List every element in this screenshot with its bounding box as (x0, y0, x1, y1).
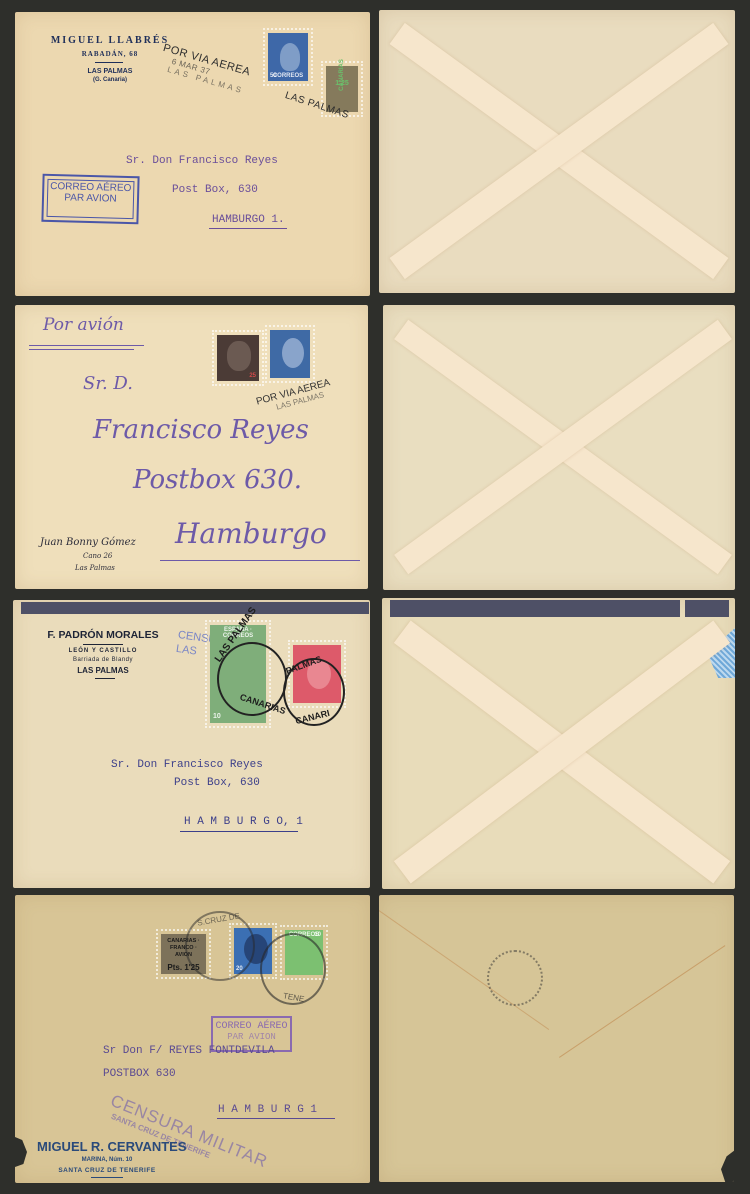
underline (180, 831, 298, 832)
addressee-city: H A M B U R G O, 1 (184, 816, 303, 828)
sender-city: LAS PALMAS (45, 68, 175, 75)
stamp-face: CORREOS 50 (268, 33, 308, 81)
tape-strip (685, 600, 729, 617)
sender-city: LAS PALMAS (33, 666, 173, 675)
addressee-name: Francisco Reyes (93, 415, 309, 445)
torn-edge (721, 1150, 734, 1182)
portrait-icon (227, 341, 251, 371)
sender-region: (G. Canaria) (45, 77, 175, 83)
addressee-city: H A M B U R G 1 (218, 1104, 317, 1116)
stamp-face: 25 (217, 335, 259, 381)
backstamp-postmark (487, 950, 543, 1006)
stamp-value: 1.25 (326, 80, 358, 87)
stamp-value: 50 (270, 73, 277, 79)
cover-4-front[interactable]: CANARIAS · FRANCO · AVION Pts. 1'25 20 C… (15, 895, 370, 1183)
underline (160, 560, 360, 561)
underline (29, 349, 134, 350)
addressee-city: HAMBURGO 1. (212, 214, 285, 226)
addressee-box: POSTBOX 630 (103, 1068, 176, 1080)
addressee-name: Sr. Don Francisco Reyes (126, 155, 278, 167)
airmail-box-stamp: CORREO AÉREO PAR AVION (41, 174, 139, 225)
addressee-city: Hamburgo (175, 517, 327, 550)
sender-street: Cano 26 (83, 552, 112, 560)
sender-street: LEÓN Y CASTILLO (33, 648, 173, 654)
divider (83, 644, 123, 645)
stamp-value: 25 (217, 373, 259, 379)
sender-city: Las Palmas (75, 564, 115, 572)
underline (29, 345, 144, 346)
divider (91, 1177, 123, 1178)
inner-border (47, 179, 135, 219)
addressee-name: Sr Don F/ REYES FONTDEVILA (103, 1045, 275, 1057)
cover-3-front[interactable]: F. PADRÓN MORALES LEÓN Y CASTILLO Barria… (13, 600, 370, 888)
addressee-title: Sr. D. (83, 373, 133, 394)
portrait-icon (282, 338, 304, 368)
airmail-handstamp: POR VIA AEREA LAS PALMAS (255, 377, 334, 416)
torn-edge (15, 1137, 27, 1167)
tape-strip (390, 600, 680, 617)
postage-stamp: 25 (212, 330, 264, 386)
postage-stamp: CORREOS 50 (263, 28, 313, 86)
addressee-box: Postbox 630. (133, 465, 302, 495)
tape-strip (21, 602, 369, 614)
cover-1-back[interactable] (379, 10, 735, 293)
stamp-face (270, 330, 310, 378)
divider (95, 62, 123, 63)
cover-2-front[interactable]: Por avión 25 POR VIA AEREA LAS PALMAS Sr… (15, 305, 368, 589)
flap-seam (559, 945, 725, 1058)
cover-1-front[interactable]: MIGUEL LLABRÉS RABADÁN, 68 LAS PALMAS (G… (15, 12, 370, 296)
sender-name: MIGUEL R. CERVANTES (37, 1139, 187, 1154)
sender-street: MARINA, Núm. 10 (37, 1157, 177, 1163)
box-stamp-line2: PAR AVION (213, 1032, 290, 1042)
portrait-icon (280, 43, 300, 71)
box-stamp-line1: CORREO AÉREO (213, 1021, 290, 1032)
sender-city: SANTA CRUZ DE TENERIFE (37, 1167, 177, 1174)
postage-stamp (265, 325, 315, 383)
sender-name: MIGUEL LLABRÉS (45, 35, 175, 46)
addressee-name: Sr. Don Francisco Reyes (111, 759, 263, 771)
sender-name: Juan Bonny Gómez (40, 537, 136, 548)
sender-district: Barriada de Blandy (33, 657, 173, 663)
underline (209, 228, 287, 229)
addressee-box: Post Box, 630 (174, 777, 260, 789)
cover-4-back[interactable] (379, 895, 734, 1182)
sender-street: RABADÁN, 68 (45, 50, 175, 58)
addressee-box: Post Box, 630 (172, 184, 258, 196)
cover-2-back[interactable] (383, 305, 735, 590)
airmail-handstamp: POR VIA AEREA 6 MAR 37 LAS PALMAS (157, 42, 252, 96)
underline (217, 1118, 335, 1119)
airmail-note: Por avión (43, 315, 124, 335)
cover-3-back[interactable] (382, 598, 735, 889)
divider (95, 678, 115, 679)
sender-name: F. PADRÓN MORALES (33, 629, 173, 641)
